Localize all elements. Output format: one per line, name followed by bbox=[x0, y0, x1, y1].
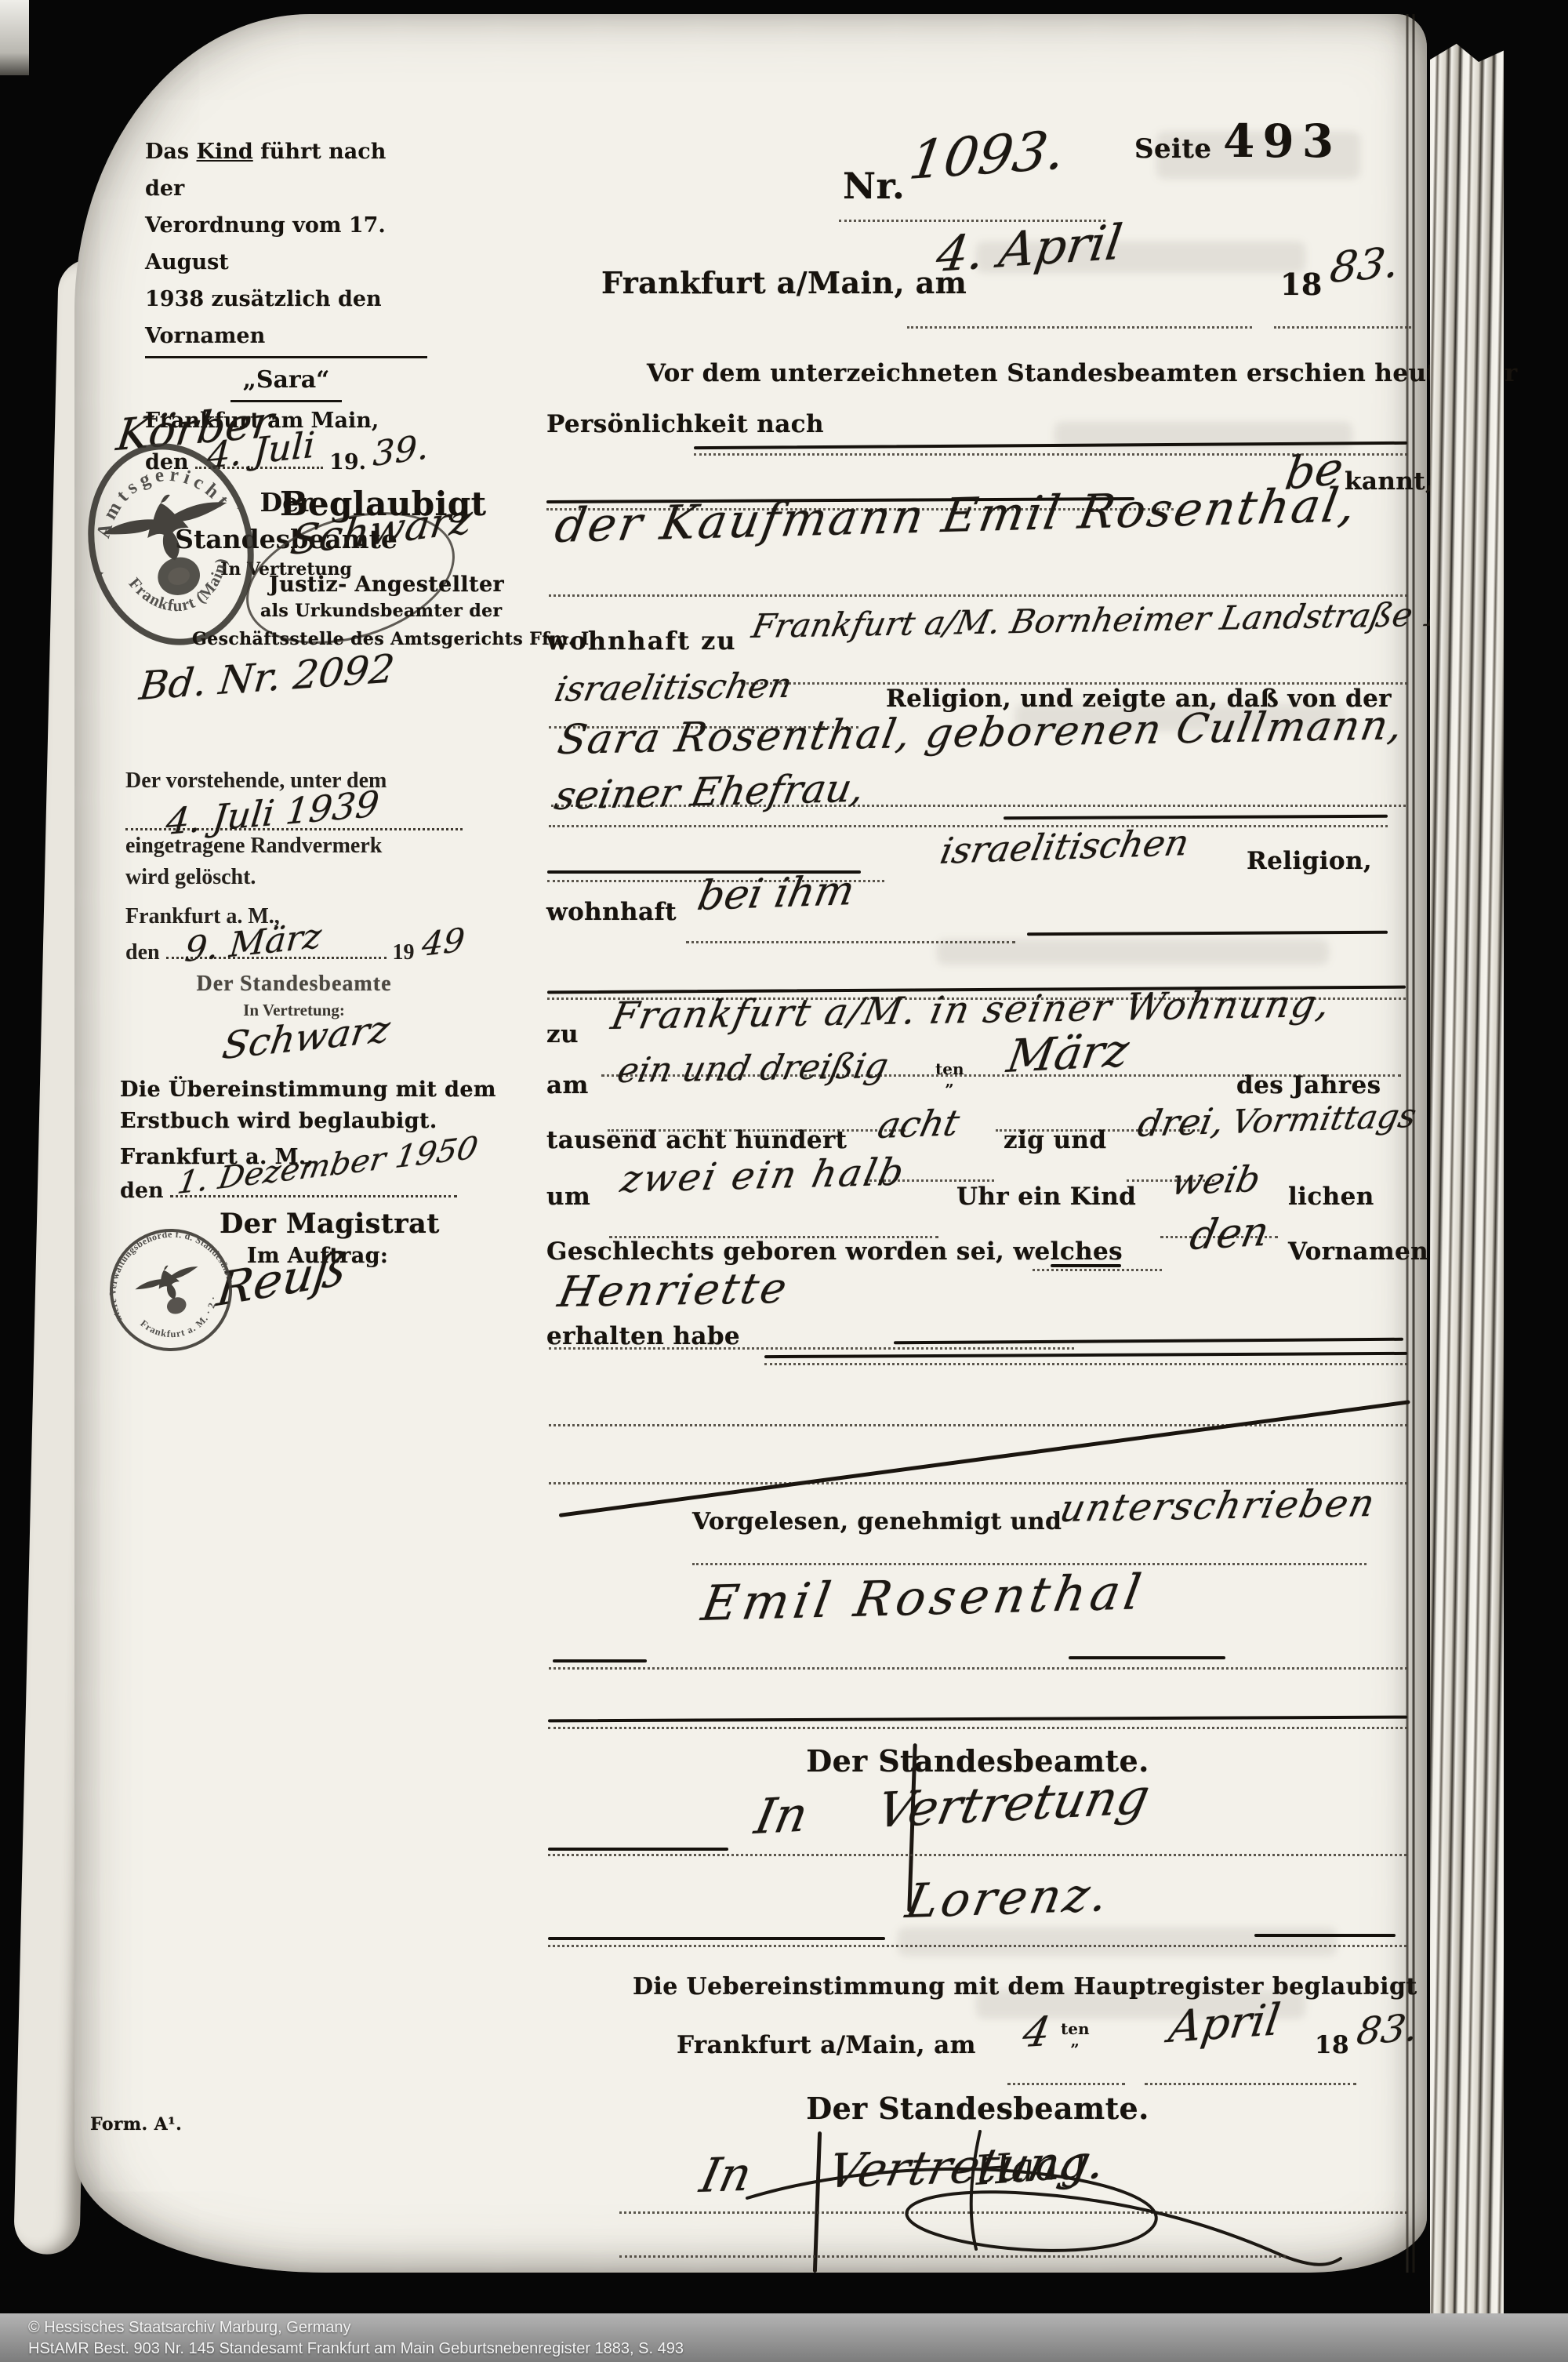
blank-dots bbox=[764, 1363, 1407, 1365]
date-dotted-line: 9. März bbox=[166, 935, 387, 959]
religion2-printed: Religion, bbox=[1247, 847, 1372, 875]
blank-dots bbox=[549, 594, 1407, 597]
hand-year: 39. bbox=[372, 429, 429, 473]
rv-hand-year: 49 bbox=[421, 925, 466, 961]
eagle-emblem-small bbox=[131, 1255, 211, 1325]
sex-hand: weib bbox=[1168, 1157, 1264, 1203]
blank-dots bbox=[549, 1424, 1407, 1426]
book-page-stack bbox=[1430, 39, 1504, 2315]
hauptregister-printed: Die Uebereinstimmung mit dem Hauptregist… bbox=[633, 1973, 1417, 2000]
beglaubigt-line: als Urkundsbeamter der bbox=[260, 601, 503, 621]
persoenlichkeit-label: Persönlichkeit nach bbox=[546, 410, 824, 438]
um-printed: um bbox=[546, 1183, 590, 1211]
rv-date-row: den 9. März 19 49 bbox=[125, 932, 463, 968]
geschlechts-printed: Geschlechts geboren worden sei, welches bbox=[546, 1237, 1123, 1266]
blank-rule bbox=[1254, 1934, 1396, 1937]
note-line: Das Kind führt nach der bbox=[145, 133, 427, 207]
note-line: 1938 zusätzlich den bbox=[145, 281, 427, 318]
archive-watermark-bar: © Hessisches Staatsarchiv Marburg, Germa… bbox=[0, 2313, 1568, 2362]
vertretung1-hand: In Vertretung bbox=[750, 1768, 1154, 1845]
rv-date-line: 4. Juli 1939 bbox=[125, 797, 463, 830]
signature-haag-flourish: Haag bbox=[733, 2124, 1376, 2269]
blank-dots bbox=[686, 941, 1015, 943]
den-hand: den bbox=[1186, 1208, 1273, 1259]
blank-rule bbox=[548, 1848, 728, 1851]
signature-haag-text: Haag bbox=[973, 2140, 1087, 2195]
nr-label: Nr. bbox=[843, 165, 905, 207]
blank-rule bbox=[548, 1716, 1407, 1723]
officer2-title: Der Standesbeamte. bbox=[546, 2091, 1409, 2126]
bei-ihm-hand: bei ihm bbox=[694, 867, 858, 920]
eb-line: Die Übereinstimmung mit dem bbox=[120, 1074, 457, 1106]
register-page: Das Kind führt nach der Verordnung vom 1… bbox=[74, 14, 1427, 2273]
lichen-printed: lichen bbox=[1288, 1183, 1374, 1211]
blank-dots bbox=[692, 1563, 1367, 1565]
declarant-hand: der Kaufmann Emil Rosenthal, bbox=[551, 478, 1362, 554]
seite-label: Seite bbox=[1134, 133, 1211, 165]
note-text: Das bbox=[145, 140, 189, 164]
address-hand: Frankfurt a/M. Bornheimer Landstraße 14, bbox=[749, 594, 1479, 645]
watermark-line1: © Hessisches Staatsarchiv Marburg, Germa… bbox=[0, 2313, 1568, 2338]
beglaubigt-line: Justiz- Angestellter bbox=[269, 572, 504, 597]
vornamen-printed: Vornamen bbox=[1288, 1237, 1428, 1266]
year-printed: 19. bbox=[329, 444, 366, 481]
seite-number: 493 bbox=[1223, 114, 1341, 168]
mother-hand: Sara Rosenthal, geborenen Cullmann, bbox=[554, 702, 1408, 764]
den-label: den bbox=[120, 1179, 164, 1203]
unterschrieben-hand: unterschrieben bbox=[1056, 1481, 1380, 1531]
vormittags-hand: Vormittags bbox=[1229, 1096, 1420, 1141]
blank-rule bbox=[1069, 1656, 1225, 1659]
religion1-hand: israelitischen bbox=[551, 666, 796, 710]
ten-superscript-2: ten „ bbox=[1061, 2023, 1090, 2047]
note-line: Verordnung vom 17. August bbox=[145, 207, 427, 281]
blank-rule bbox=[764, 1352, 1407, 1358]
form-label: Form. A¹. bbox=[90, 2114, 182, 2135]
blank-dots bbox=[548, 1945, 1406, 1947]
child-name-hand: Henriette bbox=[554, 1263, 793, 1317]
seal-star-left: ✦ bbox=[94, 566, 107, 583]
vorname-sara: „Sara“ bbox=[230, 362, 343, 402]
ten-superscript: ten „ bbox=[935, 1063, 964, 1087]
admin-seal-stamp: Untere Verwaltungsbehörde f. d. Standesä… bbox=[96, 1216, 245, 1365]
note-text-underlined: Kind bbox=[197, 140, 253, 164]
magistrat-title: Der Magistrat bbox=[220, 1208, 440, 1240]
dateline-dotted bbox=[1274, 326, 1411, 329]
signature-lorenz: Lorenz. bbox=[902, 1867, 1116, 1929]
des-jahres-printed: des Jahres bbox=[1236, 1071, 1381, 1099]
blank-rule bbox=[1004, 815, 1388, 820]
tausend-printed: tausend acht hundert bbox=[546, 1126, 847, 1154]
bleedthrough-smudge bbox=[898, 1928, 1337, 1956]
page-edge-sliver bbox=[0, 0, 29, 75]
decade-hand: acht bbox=[874, 1101, 964, 1146]
sup-mark: „ bbox=[1071, 2035, 1080, 2047]
sup-mark: „ bbox=[946, 1075, 955, 1087]
rv-officer-stamp: Der Standesbeamte bbox=[125, 968, 463, 1000]
scanned-document: Das Kind führt nach der Verordnung vom 1… bbox=[0, 0, 1568, 2362]
blank-rule bbox=[553, 1659, 647, 1662]
court-seal-stamp: Amtsgericht Frankfurt (Main) ✦ ✦ bbox=[81, 428, 261, 660]
zu-printed: zu bbox=[546, 1020, 579, 1048]
officer1-title: Der Standesbeamte. bbox=[546, 1743, 1409, 1779]
blank-dots bbox=[1033, 1269, 1162, 1271]
religion2-hand: israelitischen bbox=[937, 821, 1192, 872]
uhr-ein-kind-printed: Uhr ein Kind bbox=[956, 1183, 1136, 1211]
wohnhaft-printed: wohnhaft bbox=[546, 898, 677, 926]
dateline-dotted bbox=[907, 326, 1252, 329]
blank-rule bbox=[1051, 1264, 1121, 1267]
eb-hand-date: 1. Dezember 1950 bbox=[175, 1130, 481, 1201]
blank-rule bbox=[548, 1937, 885, 1940]
year2-hand: 83. bbox=[1354, 2006, 1421, 2054]
eb-date-row: den 1. Dezember 1950 bbox=[120, 1173, 457, 1203]
dateline-year-printed: 18 bbox=[1280, 267, 1323, 302]
eb-line: Erstbuch wird beglaubigt. bbox=[120, 1106, 457, 1137]
nr-value-hand: 1093. bbox=[906, 120, 1069, 192]
zig-und-printed: zig und bbox=[1004, 1126, 1106, 1154]
wohnhaft-zu-printed: wohnhaft zu bbox=[546, 626, 737, 656]
blank-dots bbox=[548, 1854, 1406, 1856]
vorgelesen-printed: Vorgelesen, genehmigt und bbox=[692, 1508, 1062, 1535]
randvermerk-note: Der vorstehende, unter dem 4. Juli 1939 … bbox=[125, 765, 463, 1020]
year-printed: 19 bbox=[393, 937, 415, 968]
signature-emil-rosenthal: Emil Rosenthal bbox=[698, 1563, 1149, 1632]
rv-hand-date2: 9. März bbox=[183, 921, 323, 966]
blank-dots bbox=[548, 1727, 1407, 1729]
den-label: den bbox=[125, 937, 160, 968]
erhalten-printed: erhalten habe bbox=[546, 1322, 740, 1350]
date-dotted-line: 1. Dezember 1950 bbox=[170, 1173, 457, 1197]
dateline-place: Frankfurt a/Main, am bbox=[601, 265, 967, 300]
body-intro: Vor dem unterzeichneten Standesbeamten e… bbox=[647, 359, 1518, 387]
note-line-underlined: Vornamen bbox=[145, 318, 427, 358]
hour-hand: zwei ein halb bbox=[617, 1150, 909, 1201]
blank-dots bbox=[619, 2255, 1286, 2258]
ehefrau-hand: seiner Ehefrau, bbox=[551, 765, 868, 819]
page-right-crease bbox=[1403, 14, 1419, 2273]
seal-star-right: ✦ bbox=[234, 500, 248, 517]
watermark-line2: HStAMR Best. 903 Nr. 145 Standesamt Fran… bbox=[0, 2338, 1568, 2360]
blank-dots bbox=[549, 1667, 1407, 1670]
dateline-year-hand: 83. bbox=[1327, 238, 1402, 293]
blank-rule bbox=[1027, 931, 1388, 936]
blank-dots bbox=[1145, 2083, 1356, 2085]
month2-hand: April bbox=[1166, 1994, 1283, 2053]
blank-dots bbox=[549, 825, 1388, 827]
year2-printed: 18 bbox=[1315, 2031, 1349, 2059]
blank-dots bbox=[1007, 2083, 1125, 2085]
rv-line: wird gelöscht. bbox=[125, 862, 463, 893]
erstbuch-note: Die Übereinstimmung mit dem Erstbuch wir… bbox=[120, 1074, 457, 1203]
birth-day-hand: ein und dreißig bbox=[614, 1046, 891, 1091]
blank-rule bbox=[894, 1338, 1403, 1345]
unit-hand: drei, bbox=[1134, 1099, 1228, 1145]
place2-printed: Frankfurt a/Main, am bbox=[677, 2031, 976, 2059]
birth-month-hand: März bbox=[1004, 1023, 1133, 1083]
am-printed: am bbox=[546, 1071, 589, 1099]
